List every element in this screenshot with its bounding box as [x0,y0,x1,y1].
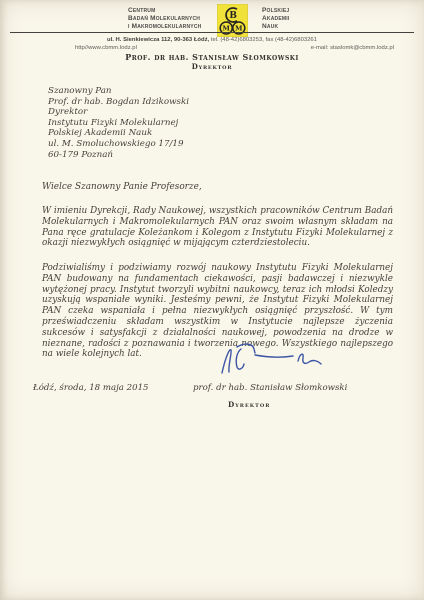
recipient-line: Polskiej Akademii Nauk [48,128,189,139]
recipient-line: 60-179 Poznań [48,150,189,161]
signer-title: Dyrektor [228,400,270,409]
logo-letter-b: B [229,11,237,21]
org-line-2: Badań Molekularnych [128,15,201,23]
letterhead-director-title: Dyrektor [0,62,424,71]
org-line-2: Akademii [262,15,289,23]
recipient-line: Dyrektor [48,107,189,118]
recipient-line: Szanowny Pan [48,86,189,97]
website-url: http//www.cbmm.lodz.pl [75,45,137,51]
salutation: Wielce Szanowny Panie Profesorze, [42,182,202,192]
org-name-right: Polskiej Akademii Nauk [262,7,289,31]
handwritten-signature [208,340,336,382]
address-phone-fax: tel. (48-42)6803253, fax (48-42)6803261 [209,37,317,43]
date-place-line: Łódź, środa, 18 maja 2015 [33,383,149,393]
org-name-left: Centrum Badań Molekularnych i Makromolek… [128,7,201,31]
email-address: e-mail: staslomk@cbmm.lodz.pl [311,45,394,51]
recipient-block: Szanowny Pan Prof. dr hab. Bogdan Idziko… [48,86,189,160]
letter-page: Centrum Badań Molekularnych i Makromolek… [0,0,424,600]
org-line-3: Nauk [262,23,289,31]
org-line-1: Polskiej [262,7,289,15]
address-line: ul. H. Sienkiewicza 112, 90-363 Łódź, te… [0,37,424,43]
signer-name: prof. dr hab. Stanisław Słomkowski [193,383,347,393]
contact-line: http//www.cbmm.lodz.pl e-mail: staslomk@… [75,45,394,51]
org-line-1: Centrum [128,7,201,15]
address-street: ul. H. Sienkiewicza 112, 90-363 Łódź, [107,37,209,43]
letterhead-director-name: Prof. dr hab. Stanisław Słomkowski [0,52,424,62]
body-paragraph-1: W imieniu Dyrekcji, Rady Naukowej, wszys… [42,206,393,249]
org-line-3: i Makromolekularnych [128,23,201,31]
recipient-line: Instytutu Fizyki Molekularnej [48,118,189,129]
recipient-line: Prof. dr hab. Bogdan Idzikowski [48,97,189,108]
header-divider [10,32,414,33]
recipient-line: ul. M. Smoluchowskiego 17/19 [48,139,189,150]
